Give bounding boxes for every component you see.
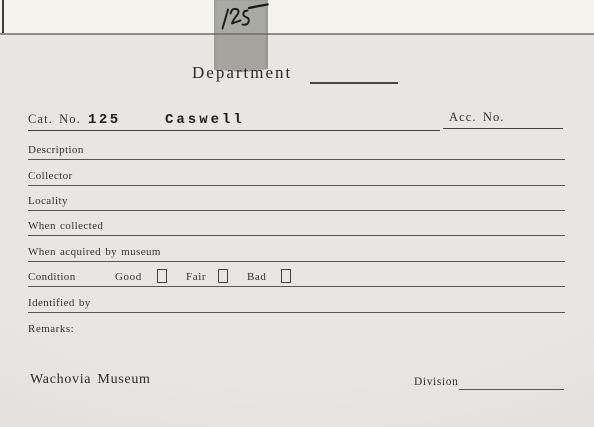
cat-no-value: 125 <box>88 112 121 128</box>
checkbox-fair <box>218 269 228 283</box>
field-row-locality: Locality <box>28 192 565 211</box>
photo-background-strip <box>0 0 594 35</box>
field-label: When acquired by museum <box>28 246 161 258</box>
division-blank-line <box>459 389 564 390</box>
photo-edge-line <box>2 0 4 33</box>
condition-option-good: Good <box>115 271 142 283</box>
condition-label: Condition <box>28 271 76 283</box>
field-row-identified-by: Identified by <box>28 294 565 313</box>
acc-no-label: Acc. No. <box>449 110 505 125</box>
field-row-when-acquired: When acquired by museum <box>28 243 565 262</box>
tape-strip <box>214 0 268 72</box>
field-row-condition: Condition Good Fair Bad <box>28 268 565 287</box>
field-row-when-collected: When collected <box>28 217 565 236</box>
cat-no-label: Cat. No. <box>28 112 81 127</box>
field-row-description: Description <box>28 141 565 160</box>
field-label: When collected <box>28 220 103 232</box>
checkbox-good <box>157 269 167 283</box>
department-heading: Department <box>192 63 292 83</box>
field-label: Locality <box>28 195 68 207</box>
field-label: Identified by <box>28 297 91 309</box>
acc-no-row: Acc. No. <box>443 110 563 129</box>
condition-option-fair: Fair <box>186 271 206 283</box>
object-name-value: Caswell <box>165 112 245 128</box>
remarks-label: Remarks: <box>28 323 74 335</box>
checkbox-bad <box>281 269 291 283</box>
department-blank-line <box>310 82 398 84</box>
division-label: Division <box>414 376 458 388</box>
field-label: Description <box>28 144 84 156</box>
field-label: Collector <box>28 170 73 182</box>
scanned-catalog-card-photo: Department Cat. No. 125 Caswell Acc. No.… <box>0 0 594 427</box>
museum-name: Wachovia Museum <box>30 372 151 388</box>
field-row-collector: Collector <box>28 167 565 186</box>
condition-option-bad: Bad <box>247 271 267 283</box>
cat-no-row: Cat. No. 125 Caswell <box>28 112 440 131</box>
